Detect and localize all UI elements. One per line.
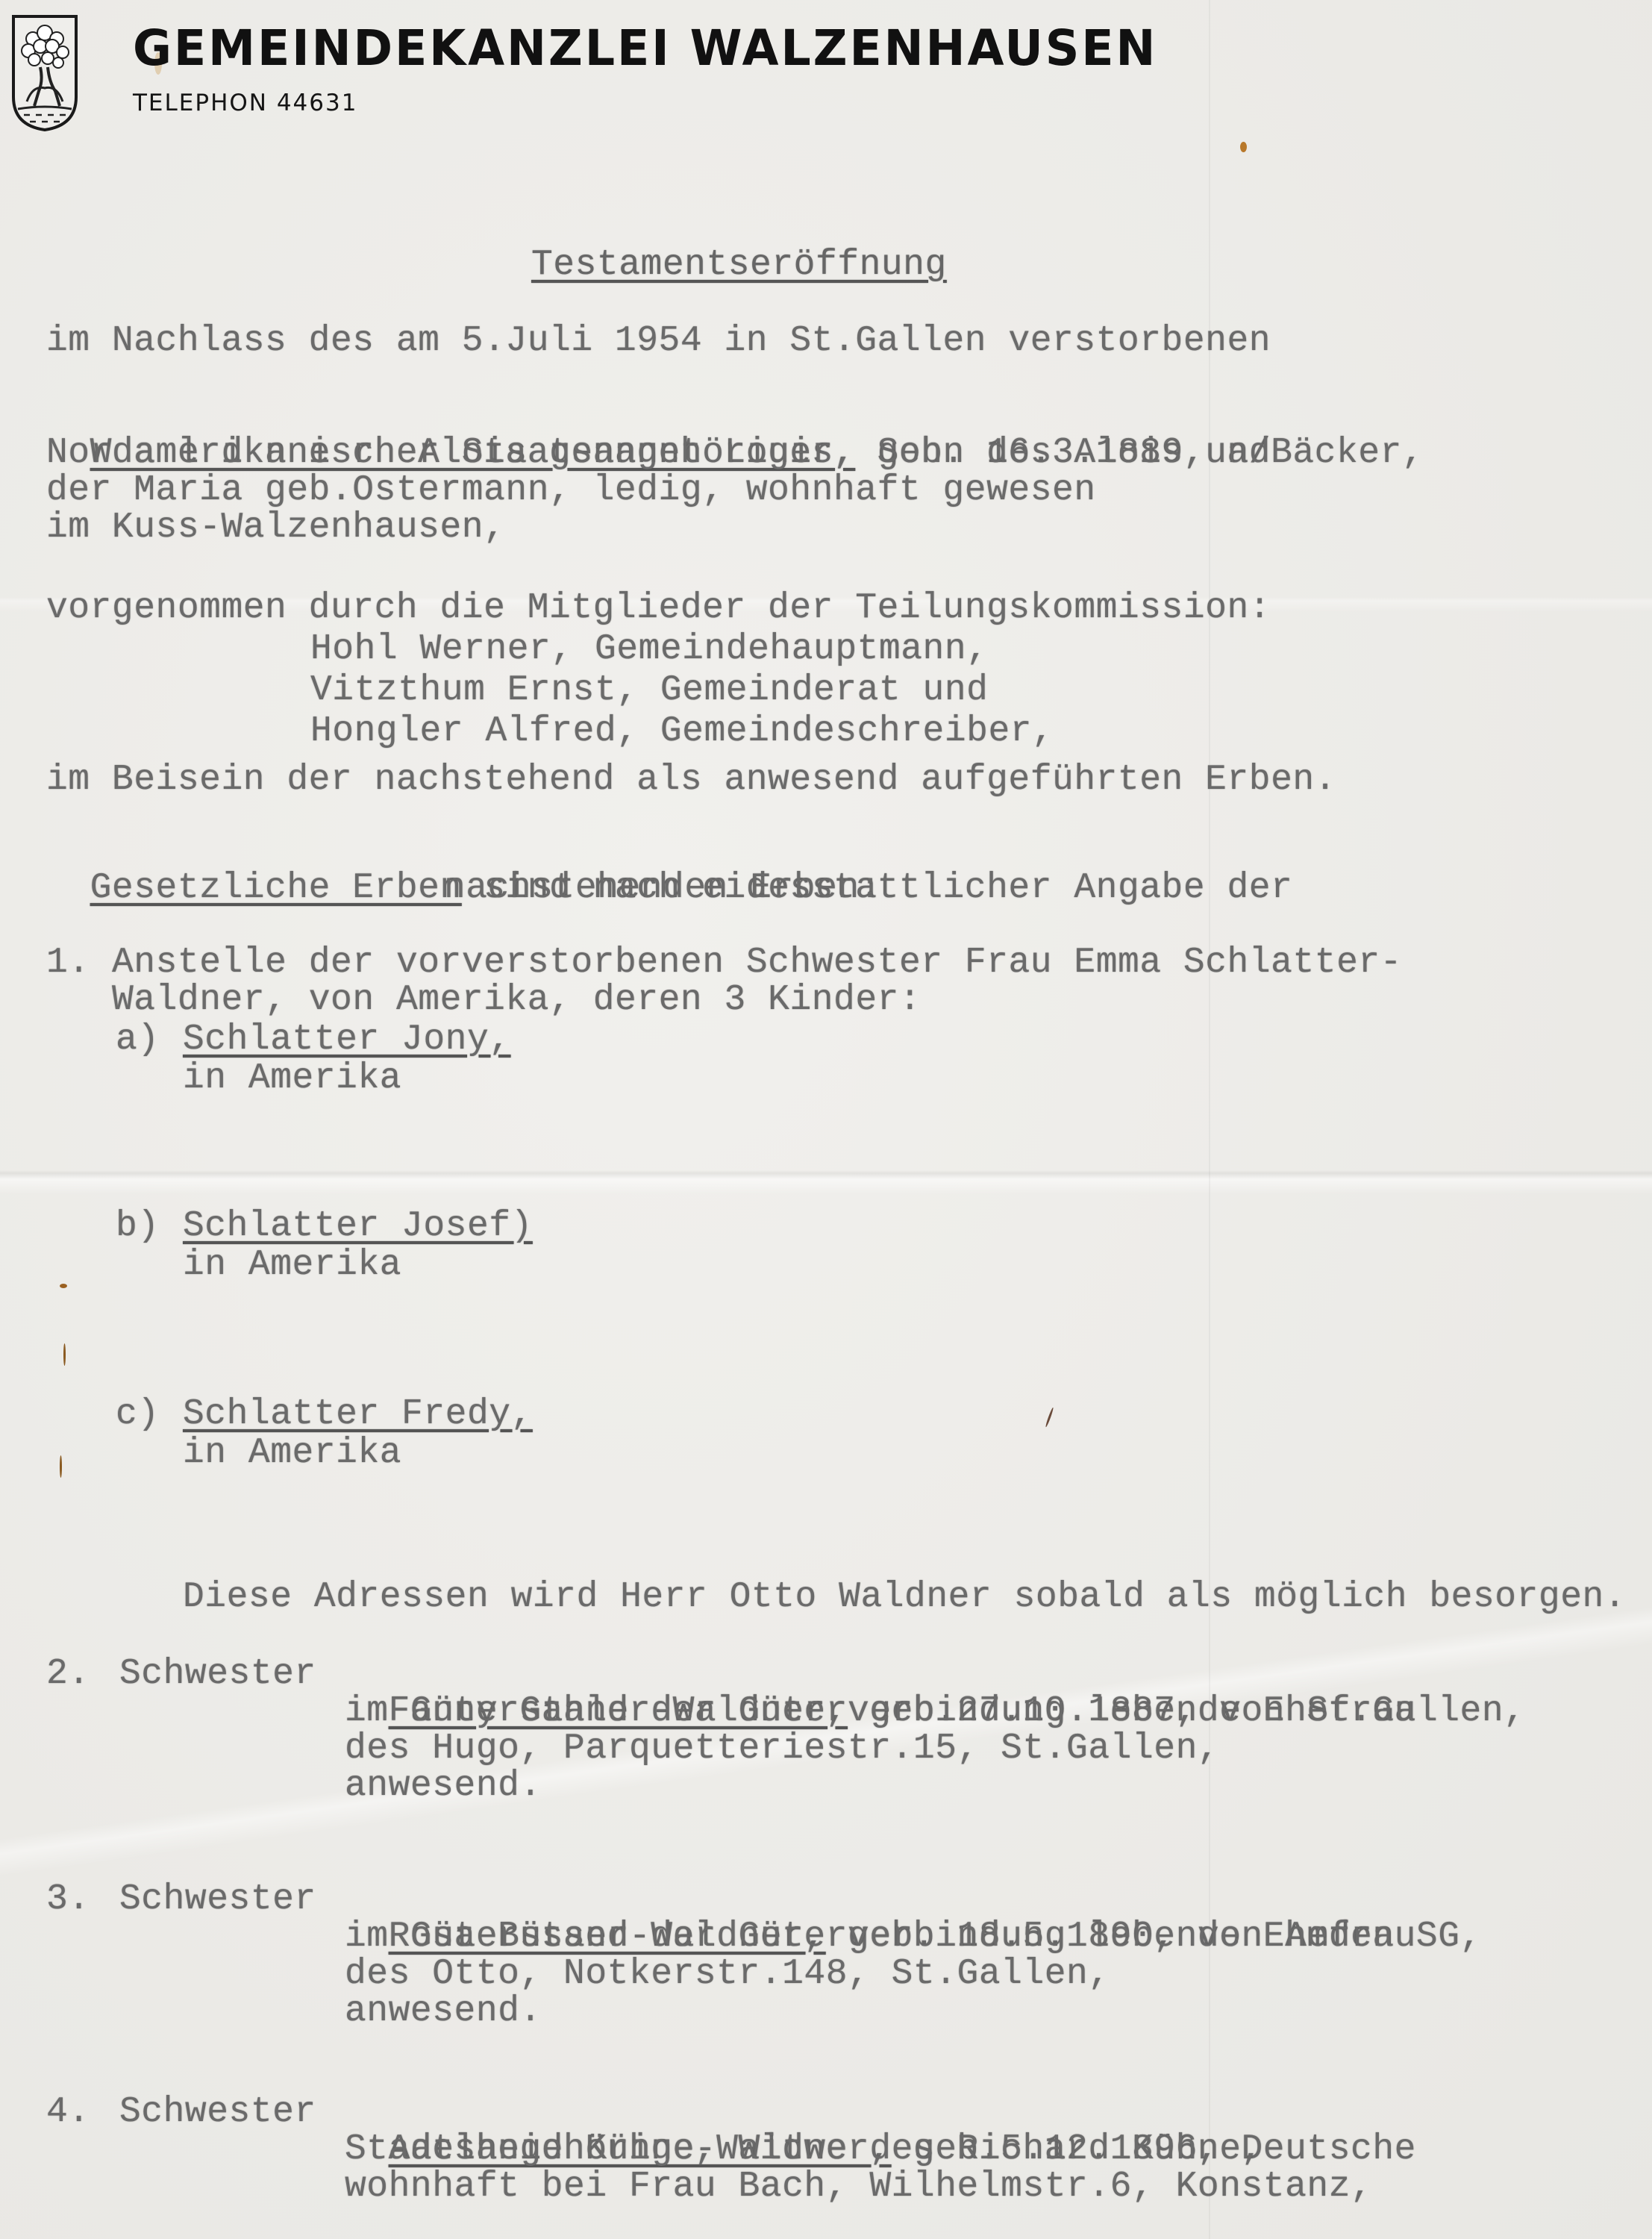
heir-2-number: 2. [46, 1655, 90, 1693]
presence-line: im Beisein der nachstehend als anwesend … [46, 761, 1336, 799]
child-b-letter: b) [116, 1208, 160, 1245]
child-c-name: Schlatter Fredy, [183, 1396, 533, 1433]
heir-4-relation: Schwester [119, 2093, 316, 2131]
address-note: Diese Adressen wird Herr Otto Waldner so… [183, 1578, 1626, 1616]
child-c-letter: c) [116, 1396, 160, 1433]
heirs-heading-underlined: Gesetzliche Erben [90, 868, 462, 908]
commission-member: Vitzthum Ernst, Gemeinderat und [310, 672, 988, 709]
letterhead-telephone: TELEPHON 44631 [133, 90, 357, 116]
heir-3-relation: Schwester [119, 1881, 316, 1918]
commission-member: Hohl Werner, Gemeindehauptmann, [310, 631, 988, 668]
heir-2-relation: Schwester [119, 1655, 316, 1693]
rust-stain [1240, 142, 1247, 152]
heir-2-line-2: im Güterstand der Güterverbindung lebend… [345, 1693, 1416, 1730]
heir-3-line-3: des Otto, Notkerstr.148, St.Gallen, [345, 1955, 1110, 1993]
child-c-location: in Amerika [183, 1434, 401, 1472]
child-a-name: Schlatter Jony, [183, 1021, 511, 1058]
heir-2-line-3: des Hugo, Parquetteriestr.15, St.Gallen, [345, 1730, 1219, 1767]
commission-intro: vorgenommen durch die Mitglieder der Tei… [46, 590, 1271, 627]
deceased-line-3: der Maria geb.Ostermann, ledig, wohnhaft… [46, 472, 1096, 509]
child-a-location: in Amerika [183, 1060, 401, 1097]
heir-1-number: 1. [46, 944, 90, 981]
rust-stain [60, 1455, 62, 1478]
heir-3-line-2: im Güterstand der Güterverbindung lebend… [345, 1918, 1416, 1955]
heir-2-status: anwesend. [345, 1767, 542, 1805]
heir-4-number: 4. [46, 2093, 90, 2131]
rust-stain [63, 1343, 66, 1366]
intro-line: im Nachlass des am 5.Juli 1954 in St.Gal… [46, 322, 1271, 360]
child-b-name: Schlatter Josef) [183, 1208, 533, 1245]
deceased-line-2: Nordamerikanischer Staatsangehöriger, So… [46, 434, 1271, 472]
child-a-letter: a) [116, 1021, 160, 1058]
child-b-location: in Amerika [183, 1246, 401, 1284]
heir-3-number: 3. [46, 1881, 90, 1918]
rust-stain [60, 1284, 67, 1288]
document-title: Testamentseröffnung [531, 246, 947, 284]
heir-1-line-1: Anstelle der vorverstorbenen Schwester F… [112, 944, 1402, 981]
commission-member: Hongler Alfred, Gemeindeschreiber, [310, 713, 1054, 750]
heir-3-status: anwesend. [345, 1993, 542, 2030]
letterhead-office-name: GEMEINDEKANZLEI WALZENHAUSEN [133, 19, 1157, 77]
deceased-line-4: im Kuss-Walzenhausen, [46, 509, 505, 546]
heir-4-line-3: wohnhaft bei Frau Bach, Wilhelmstr.6, Ko… [345, 2168, 1372, 2205]
heirs-heading-line-2: nachstehenden Erben: [444, 869, 881, 907]
coat-of-arms-icon [10, 13, 79, 133]
heir-4-line-2: Staatsangehörige, Witwe des Richard Kühn… [345, 2131, 1263, 2168]
heir-1-line-2: Waldner, von Amerika, deren 3 Kinder: [112, 981, 921, 1019]
